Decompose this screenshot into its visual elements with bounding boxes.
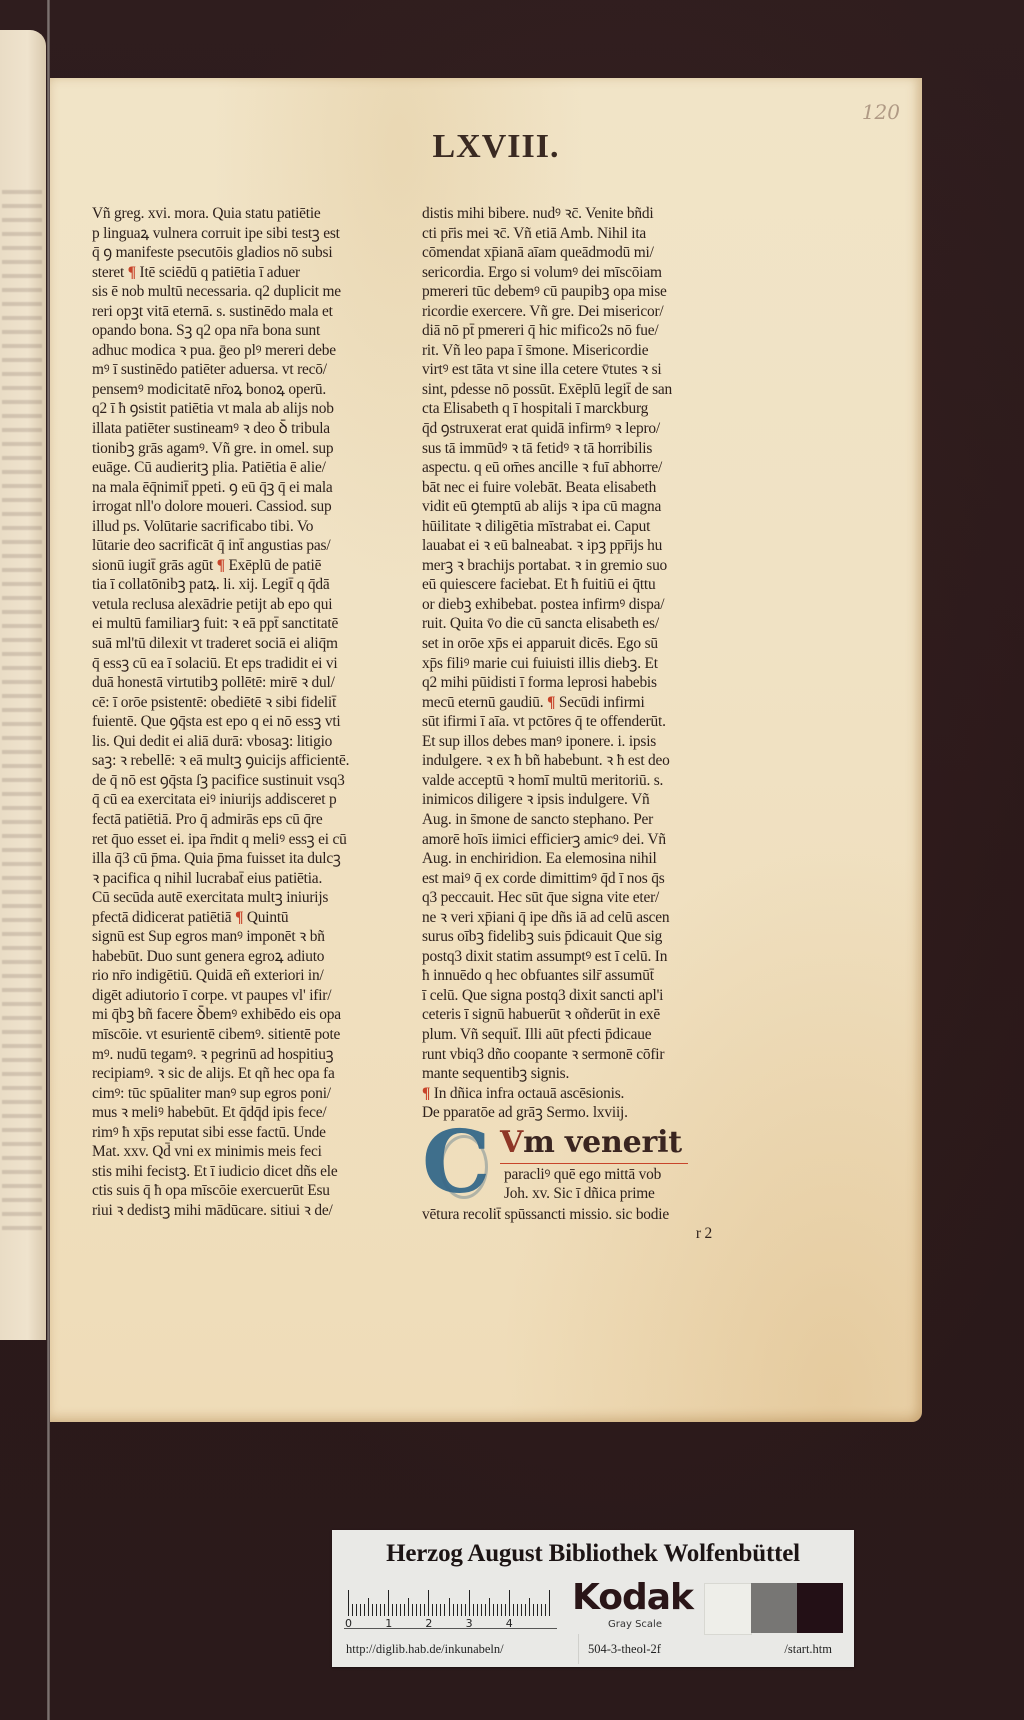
white-swatch xyxy=(704,1583,752,1635)
text-line: mīscōie. vt esurientē cibemꝰ. sitientē p… xyxy=(92,1025,402,1045)
text-line: fuientē. Que ꝯq̄sta est epo q ei nō essꝫ… xyxy=(92,712,402,732)
ruler-tick xyxy=(453,1604,454,1616)
text-line: surus oībꝫ fidelibꝫ suis p̄dicauit Que s… xyxy=(422,927,732,947)
text-line: q2 mihi pūidisti ī forma leprosi habebis xyxy=(422,673,732,693)
kodak-logo: Kodak xyxy=(572,1578,693,1618)
text-line: pmereri tūc debemꝰ cū paupibꝫ opa mise xyxy=(422,282,732,302)
text-line: steret ¶ Itē sciēdū q patiētia ī aduer xyxy=(92,263,402,283)
text-line: ruit. Quita v̄o die cū sancta elisabeth … xyxy=(422,614,732,634)
ruler-label: 1 xyxy=(385,1617,392,1630)
text-line: aspectu. q eū om̄es ancille ꝛ fuī abhorr… xyxy=(422,458,732,478)
text-line: pensemꝰ modicitatē nr̄oꝝ bonoꝝ operū. xyxy=(92,380,402,400)
ruler-tick xyxy=(509,1590,510,1616)
ruler-tick xyxy=(420,1604,421,1616)
ruler-tick xyxy=(521,1604,522,1616)
text-line: rimꝰ ħ xp̄s reputat sibi esse factū. Und… xyxy=(92,1123,402,1143)
signature-mark: r 2 xyxy=(422,1224,732,1244)
text-line: digēt adiutorio ī corpe. vt paupes vl' i… xyxy=(92,986,402,1006)
text-line: ī celū. Que signa postq3 dixit sancti ap… xyxy=(422,986,732,1006)
text-line: q3 peccauit. Hec sūt q̄ue signa vite ete… xyxy=(422,888,732,908)
ruler-tick xyxy=(416,1604,417,1616)
text-line: Mat. xxv. Qd̄ vni ex minimis meis feci xyxy=(92,1142,402,1162)
ruler-tick xyxy=(436,1604,437,1616)
text-line: p linguaꝝ vulnera corruit ipe sibi testꝫ… xyxy=(92,224,402,244)
text-line: Cū secūda autē exercitata multꝫ iniurijs xyxy=(92,888,402,908)
text-line: lauabat ei ꝛ eū balneabat. ꝛ ipꝫ ppr̄ijs… xyxy=(422,536,732,556)
rubric-pilcrow: ¶ xyxy=(547,694,555,711)
text-line: cōmendat xp̄ianā aīam queādmodū mi/ xyxy=(422,243,732,263)
text-line: sericordia. Ergo si volumꝰ dei mīscōiam xyxy=(422,263,732,283)
ruler-label: 0 xyxy=(345,1617,352,1630)
ruler-tick xyxy=(513,1604,514,1616)
ruler-tick xyxy=(428,1590,429,1616)
ruler-tick xyxy=(465,1604,466,1616)
text-line: irrogat nll'o dolore moueri. Cassiod. su… xyxy=(92,497,402,517)
text-line: indulgere. ꝛ ex ħ bñ habebunt. ꝛ ħ est d… xyxy=(422,751,732,771)
text-line: xp̄s filiꝰ marie cui fuiuisti illis dieb… xyxy=(422,654,732,674)
text-line: est maiꝰ q̄ ex corde dimittimꝰ q̄d ī nos… xyxy=(422,869,732,889)
text-line: hūilitate ꝛ diligētia mīstrabat ei. Capu… xyxy=(422,517,732,537)
text-line: bāt nec ei fuire volebāt. Beata elisabet… xyxy=(422,478,732,498)
text-line: de q̄ nō est ꝯq̄sta ſꝫ pacifice sustinui… xyxy=(92,771,402,791)
left-text-column: Vñ greg. xvi. mora. Quia statu patiētiep… xyxy=(92,204,402,1220)
ruler-tick xyxy=(461,1604,462,1616)
ruler-tick xyxy=(408,1598,409,1616)
ruler-tick xyxy=(380,1604,381,1616)
ruler-tick xyxy=(541,1604,542,1616)
text-line: postq3 dixit statim assumptꝰ est ī celū.… xyxy=(422,947,732,967)
text-line: illata patiēter sustineamꝰ ꝛ deo ꝺ̄ trib… xyxy=(92,419,402,439)
text-line: mꝰ ī sustinēdo patiēter aduersa. vt recō… xyxy=(92,360,402,380)
shelfmark: 504-3-theol-2f xyxy=(588,1642,661,1657)
text-line: sionū iugit̄ grās agūt ¶ Exēplū de patiē xyxy=(92,556,402,576)
initial-line-2: Joh. xv. Sic ī dñica prime xyxy=(504,1184,655,1204)
text-line: Et sup illos debes manꝰ iponere. i. ipsi… xyxy=(422,732,732,752)
text-line: Aug. in s̄mone de sancto stephano. Per xyxy=(422,810,732,830)
text-line: opando bona. Sꝫ q2 opa nr̄a bona sunt xyxy=(92,321,402,341)
ruler-tick xyxy=(356,1604,357,1616)
ruler-tick xyxy=(412,1604,413,1616)
ruler-tick xyxy=(545,1604,546,1616)
color-reference-card: Herzog August Bibliothek Wolfenbüttel 01… xyxy=(332,1530,854,1667)
text-line: inimicos diligere ꝛ ipsis indulgere. Vñ xyxy=(422,790,732,810)
ruler-label: 2 xyxy=(425,1617,432,1630)
ruler-tick xyxy=(525,1604,526,1616)
text-line: ei multū familiarꝫ fuit: ꝛ eā ppt̄ sanct… xyxy=(92,614,402,634)
ruler-tick xyxy=(368,1598,369,1616)
text-line: mi q̄bꝫ bñ facere ꝺ̄bemꝰ exhibēdo eis op… xyxy=(92,1005,402,1025)
text-line: tia ī collatōnibꝫ patꝝ. li. xij. Legit̄ … xyxy=(92,575,402,595)
text-line: valde acceptū ꝛ homī multū meritoriū. s. xyxy=(422,771,732,791)
text-line: na mala ēq̄nimit̄ ppeti. ꝯ eū q̄ꝫ q̄ ei … xyxy=(92,478,402,498)
ruler-tick xyxy=(529,1598,530,1616)
rubric-pilcrow: ¶ xyxy=(217,557,225,574)
text-line: vetula reclusa alexādrie petijt ab epo q… xyxy=(92,595,402,615)
ruler-tick xyxy=(477,1604,478,1616)
text-line: illud ps. Volūtarie sacrificabo tibi. Vo xyxy=(92,517,402,537)
text-line: rit. Vñ leo papa ī s̄mone. Misericordie xyxy=(422,341,732,361)
folio-number: 120 xyxy=(862,100,900,124)
ruler-tick xyxy=(360,1604,361,1616)
text-line: ret q̄uo esset ei. ipa r̄ndit q meliꝰ es… xyxy=(92,830,402,850)
text-line: q2 ī ħ ꝯsistit patiētia vt mala ab alijs… xyxy=(92,399,402,419)
text-line: lūtarie deo sacrificāt q̄ int̄ angustias… xyxy=(92,536,402,556)
incunabulum-leaf: 120 LXVIII. Vñ greg. xvi. mora. Quia sta… xyxy=(50,78,922,1422)
text-line: sint, pdesse nō possūt. Exēplū legit̄ de… xyxy=(422,380,732,400)
initial-line-1: paracliꝰ quē ego mittā vob xyxy=(504,1165,661,1185)
text-line: mꝰ. nudū tegamꝰ. ꝛ pegrinū ad hospitiuꝫ xyxy=(92,1045,402,1065)
decorated-initial: C xyxy=(422,1123,500,1203)
url-prefix: http://diglib.hab.de/inkunabeln/ xyxy=(346,1642,504,1657)
library-name: Herzog August Bibliothek Wolfenbüttel xyxy=(332,1540,854,1568)
text-line: virtꝰ est tāta vt sine illa cetere v̄tut… xyxy=(422,360,732,380)
ruler-tick xyxy=(505,1604,506,1616)
text-line: vidit eū ꝯtemptū ab alijs ꝛ ipa cū magna xyxy=(422,497,732,517)
ruler-label: 4 xyxy=(506,1617,513,1630)
text-line: cē: ī orōe psistentē: obediētē ꝛ sibi fi… xyxy=(92,693,402,713)
text-line: mecū eternū gaudiū. ¶ Secūdi infirmi xyxy=(422,693,732,713)
sermon-opening: C Vm venerit paracliꝰ quē ego mittā vob … xyxy=(422,1123,732,1205)
ruler-tick xyxy=(489,1598,490,1616)
text-line: sūt ifirmi ī aīa. vt pctōres q̄ te offen… xyxy=(422,712,732,732)
text-line: eū quiescere faciebat. Et ħ fuitiū ei q̄… xyxy=(422,575,732,595)
ruler-tick xyxy=(348,1590,349,1616)
divider xyxy=(578,1634,579,1664)
text-line: stis mihi fecistꝫ. Et ī iudicio dicet dñ… xyxy=(92,1162,402,1182)
incipit-words: Vm venerit xyxy=(500,1123,688,1164)
ruler-tick xyxy=(481,1604,482,1616)
ruler-tick xyxy=(392,1604,393,1616)
ruler-tick xyxy=(400,1604,401,1616)
text-line: cti pr̄is mei ꝛc̄. Vñ etiā Amb. Nihil it… xyxy=(422,224,732,244)
black-swatch xyxy=(797,1583,843,1633)
right-text-column: distis mihi bibere. nudꝰ ꝛc̄. Venite bñd… xyxy=(422,204,732,1244)
text-line: Aug. in enchiridion. Ea elemosina nihil xyxy=(422,849,732,869)
ruler-tick xyxy=(372,1604,373,1616)
text-line: sus tā immūdꝰ ꝛ tā fetidꝰ ꝛ tā horribili… xyxy=(422,439,732,459)
text-line: diā nō pt̄ pmereri q̄ hic mifico2s nō fu… xyxy=(422,321,732,341)
text-line: ꝛ pacifica q nihil lucrabat̄ eius patiēt… xyxy=(92,869,402,889)
text-line: mus ꝛ meliꝰ habebūt. Et q̄dq̄d ipis fece… xyxy=(92,1103,402,1123)
text-line: ctis suis q̄ ħ opa mīscōie exercuerūt Es… xyxy=(92,1181,402,1201)
text-line: duā honestā virtutibꝫ pollētē: mirē ꝛ du… xyxy=(92,673,402,693)
text-line: euāge. Cū audieritꝫ plia. Patiētia ē ali… xyxy=(92,458,402,478)
text-line: q̄ essꝫ cū ea ī solaciū. Et eps tradidit… xyxy=(92,654,402,674)
text-line: lis. Qui dedit ei aliā durā: vbosaꝫ: lit… xyxy=(92,732,402,752)
ruler-tick xyxy=(364,1604,365,1616)
text-line: fectā patiētiā. Pro q̄ admirās eps cū q̄… xyxy=(92,810,402,830)
text-line: ceteris ī signū habuerūt ꝛ oñderūt in ex… xyxy=(422,1005,732,1025)
ruler-tick xyxy=(388,1590,389,1616)
ruler-tick xyxy=(396,1604,397,1616)
ruler-label: 3 xyxy=(466,1617,473,1630)
ruler-tick xyxy=(384,1604,385,1616)
text-line: signū est Sup egros manꝰ imponēt ꝛ bñ xyxy=(92,927,402,947)
rubric-pilcrow: ¶ xyxy=(422,1085,430,1102)
text-line: recipiamꝰ. ꝛ sic de alijs. Et qñ hec opa… xyxy=(92,1064,402,1084)
ruler-tick xyxy=(493,1604,494,1616)
show-through-text xyxy=(2,190,42,1240)
text-line: cta Elisabeth q ī hospitali ī marckburg xyxy=(422,399,732,419)
text-line: ricordie exercere. Vñ gre. Dei misericor… xyxy=(422,302,732,322)
text-line: q̄ cū ea exercitata eiꝰ iniurijs addisce… xyxy=(92,790,402,810)
rubric-pilcrow: ¶ xyxy=(235,909,243,926)
scale-ruler: 01234 xyxy=(344,1582,557,1629)
text-line: ne ꝛ veri xp̄iani q̄ ipe dñs iā ad celū … xyxy=(422,908,732,928)
ruler-tick xyxy=(469,1590,470,1616)
text-line: suā ml'tū dilexit vt traderet sociā ei a… xyxy=(92,634,402,654)
text-line: sis ē nob multū necessaria. q2 duplicit … xyxy=(92,282,402,302)
text-line: plum. Vñ sequit̄. Illi aūt pfecti p̄dica… xyxy=(422,1025,732,1045)
ruler-tick xyxy=(549,1590,550,1616)
text-line: q̄d ꝯstruxerat erat quidā infirmꝰ ꝛ lepr… xyxy=(422,419,732,439)
text-line: rio nr̄o indigētiū. Quidā eñ exteriori i… xyxy=(92,966,402,986)
text-line: merꝫ ꝛ brachijs portabat. ꝛ in gremio su… xyxy=(422,556,732,576)
url-suffix: /start.htm xyxy=(784,1642,832,1657)
text-line: ¶ In dñica infra octauā ascēsionis. xyxy=(422,1084,732,1104)
previous-page-edge xyxy=(0,30,46,1340)
ruler-tick xyxy=(376,1604,377,1616)
text-line: adhuc modica ꝛ pua. ḡeo plꝰ mereri debe xyxy=(92,341,402,361)
incipit-text: m venerit xyxy=(523,1125,682,1160)
ruler-tick xyxy=(449,1598,450,1616)
text-line: runt vbiq3 dño coopante ꝛ sermonē cōfir xyxy=(422,1045,732,1065)
text-line: mante sequentibꝫ signis. xyxy=(422,1064,732,1084)
ruler-tick xyxy=(444,1604,445,1616)
gray-swatch xyxy=(751,1583,797,1633)
text-line: or diebꝫ exhibebat. postea infirmꝰ dispa… xyxy=(422,595,732,615)
text-line: ħ innuēdo q hec obfuantes silr̄ assumūt̄ xyxy=(422,966,732,986)
chapter-heading: LXVIII. xyxy=(50,128,922,166)
ruler-tick xyxy=(457,1604,458,1616)
text-line: distis mihi bibere. nudꝰ ꝛc̄. Venite bñd… xyxy=(422,204,732,224)
text-line: saꝫ: ꝛ rebellē: ꝛ eā multꝫ ꝯuicijs affic… xyxy=(92,751,402,771)
ruler-tick xyxy=(501,1604,502,1616)
text-line: cimꝰ: tūc spūaliter manꝰ sup egros poni/ xyxy=(92,1084,402,1104)
ruler-tick xyxy=(424,1604,425,1616)
text-line: pfectā didicerat patiētiā ¶ Quintū xyxy=(92,908,402,928)
ruler-tick xyxy=(404,1604,405,1616)
text-line: riui ꝛ dedistꝫ mihi mādūcare. sitiui ꝛ d… xyxy=(92,1201,402,1221)
gray-scale-label: Gray Scale xyxy=(580,1619,690,1630)
text-line: habebūt. Duo sunt genera egroꝝ adiuto xyxy=(92,947,402,967)
text-line: q̄ ꝯ manifeste psecutōis gladios nō subs… xyxy=(92,243,402,263)
ruler-tick xyxy=(497,1604,498,1616)
ruler-tick xyxy=(517,1604,518,1616)
ruler-tick xyxy=(473,1604,474,1616)
text-line: set in orōe xp̄s ei apparuit dicēs. Ego … xyxy=(422,634,732,654)
text-line: illa q̄3 cū p̄ma. Quia p̄ma fuisset ita … xyxy=(92,849,402,869)
ruler-tick xyxy=(440,1604,441,1616)
text-line: tionibꝫ grās agamꝰ. Vñ gre. in omel. sup xyxy=(92,439,402,459)
ruler-tick xyxy=(485,1604,486,1616)
ruler-tick xyxy=(432,1604,433,1616)
ruler-tick xyxy=(352,1604,353,1616)
text-line: reri opꝫt vitā eternā. s. sustinēdo mala… xyxy=(92,302,402,322)
text-line: amorē hoīs iimici efficierꝫ amicꝰ dei. V… xyxy=(422,830,732,850)
ruler-tick xyxy=(533,1604,534,1616)
ruler-tick xyxy=(537,1604,538,1616)
rubric-pilcrow: ¶ xyxy=(128,264,136,281)
incipit-capital: V xyxy=(500,1125,523,1160)
text-line: Vñ greg. xvi. mora. Quia statu patiētie xyxy=(92,204,402,224)
